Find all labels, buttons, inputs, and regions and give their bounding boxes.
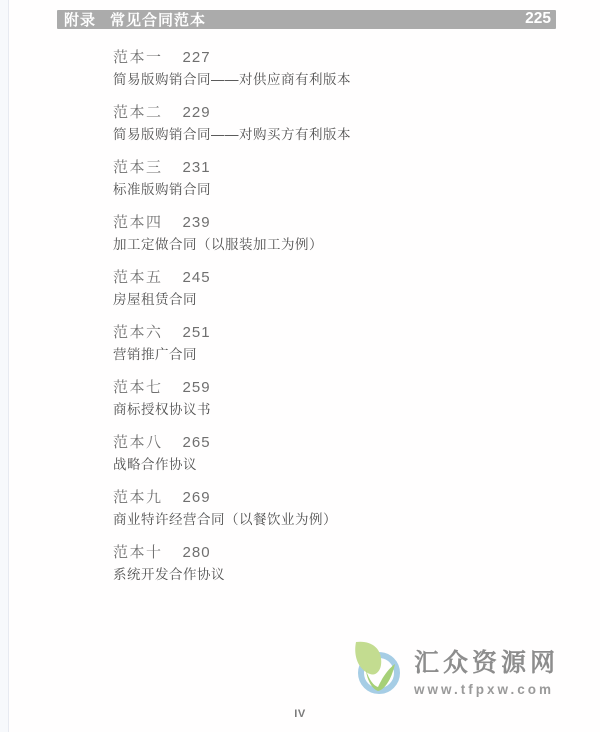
toc-item-label: 范本六 bbox=[113, 325, 163, 341]
toc-item-head: 范本三 231 bbox=[113, 160, 533, 176]
toc-item-title: 简易版购销合同——对供应商有利版本 bbox=[113, 72, 533, 87]
toc-item: 范本一 227 简易版购销合同——对供应商有利版本 bbox=[113, 50, 533, 87]
toc-item-head: 范本一 227 bbox=[113, 50, 533, 66]
toc-item-label: 范本三 bbox=[113, 160, 163, 176]
toc-item-page: 229 bbox=[183, 105, 211, 121]
header-page-number: 225 bbox=[525, 10, 551, 28]
watermark-text: 汇众资源网 www.tfpxw.com bbox=[414, 643, 559, 697]
toc-item-page: 251 bbox=[183, 325, 211, 341]
toc-item-page: 269 bbox=[183, 490, 211, 506]
toc-item-head: 范本十 280 bbox=[113, 545, 533, 561]
toc-item-title: 加工定做合同（以服装加工为例） bbox=[113, 237, 533, 252]
toc-item: 范本三 231 标准版购销合同 bbox=[113, 160, 533, 197]
toc-item-title: 商标授权协议书 bbox=[113, 402, 533, 417]
toc-item-label: 范本十 bbox=[113, 545, 163, 561]
toc-item-title: 系统开发合作协议 bbox=[113, 567, 533, 582]
toc-item-label: 范本八 bbox=[113, 435, 163, 451]
toc-item-title: 标准版购销合同 bbox=[113, 182, 533, 197]
document-page: 附录 常见合同范本 225 范本一 227 简易版购销合同——对供应商有利版本 … bbox=[0, 0, 600, 732]
toc-item-label: 范本四 bbox=[113, 215, 163, 231]
toc-item-page: 265 bbox=[183, 435, 211, 451]
toc-item-head: 范本二 229 bbox=[113, 105, 533, 121]
toc-item-label: 范本五 bbox=[113, 270, 163, 286]
toc-item-head: 范本四 239 bbox=[113, 215, 533, 231]
toc-item-title: 商业特许经营合同（以餐饮业为例） bbox=[113, 512, 533, 527]
toc-item-title: 房屋租赁合同 bbox=[113, 292, 533, 307]
toc-item: 范本四 239 加工定做合同（以服装加工为例） bbox=[113, 215, 533, 252]
footer-page-number: IV bbox=[0, 708, 600, 720]
chapter-header-bar: 附录 常见合同范本 225 bbox=[57, 10, 556, 29]
toc-item-title: 战略合作协议 bbox=[113, 457, 533, 472]
toc-item-page: 231 bbox=[183, 160, 211, 176]
watermark-logo-icon bbox=[350, 640, 406, 698]
toc-item-label: 范本二 bbox=[113, 105, 163, 121]
watermark-site-url: www.tfpxw.com bbox=[414, 682, 559, 697]
toc-item-label: 范本九 bbox=[113, 490, 163, 506]
watermark: 汇众资源网 www.tfpxw.com bbox=[350, 640, 559, 698]
toc-item-page: 245 bbox=[183, 270, 211, 286]
toc-list: 范本一 227 简易版购销合同——对供应商有利版本 范本二 229 简易版购销合… bbox=[113, 50, 533, 600]
toc-item-page: 259 bbox=[183, 380, 211, 396]
toc-item-page: 227 bbox=[183, 50, 211, 66]
page-left-edge bbox=[0, 0, 9, 732]
toc-item: 范本十 280 系统开发合作协议 bbox=[113, 545, 533, 582]
toc-item: 范本二 229 简易版购销合同——对购买方有利版本 bbox=[113, 105, 533, 142]
toc-item-title: 营销推广合同 bbox=[113, 347, 533, 362]
toc-item-head: 范本七 259 bbox=[113, 380, 533, 396]
chapter-header-left: 附录 常见合同范本 bbox=[64, 9, 206, 30]
toc-item-title: 简易版购销合同——对购买方有利版本 bbox=[113, 127, 533, 142]
toc-item-page: 239 bbox=[183, 215, 211, 231]
toc-item-page: 280 bbox=[183, 545, 211, 561]
toc-item-head: 范本八 265 bbox=[113, 435, 533, 451]
chapter-label: 附录 bbox=[64, 9, 96, 30]
toc-item-label: 范本七 bbox=[113, 380, 163, 396]
toc-item-head: 范本五 245 bbox=[113, 270, 533, 286]
toc-item-head: 范本九 269 bbox=[113, 490, 533, 506]
toc-item: 范本七 259 商标授权协议书 bbox=[113, 380, 533, 417]
watermark-site-name: 汇众资源网 bbox=[414, 643, 559, 679]
chapter-title: 常见合同范本 bbox=[110, 9, 206, 30]
toc-item: 范本六 251 营销推广合同 bbox=[113, 325, 533, 362]
toc-item-head: 范本六 251 bbox=[113, 325, 533, 341]
toc-item: 范本八 265 战略合作协议 bbox=[113, 435, 533, 472]
toc-item: 范本九 269 商业特许经营合同（以餐饮业为例） bbox=[113, 490, 533, 527]
toc-item: 范本五 245 房屋租赁合同 bbox=[113, 270, 533, 307]
toc-item-label: 范本一 bbox=[113, 50, 163, 66]
